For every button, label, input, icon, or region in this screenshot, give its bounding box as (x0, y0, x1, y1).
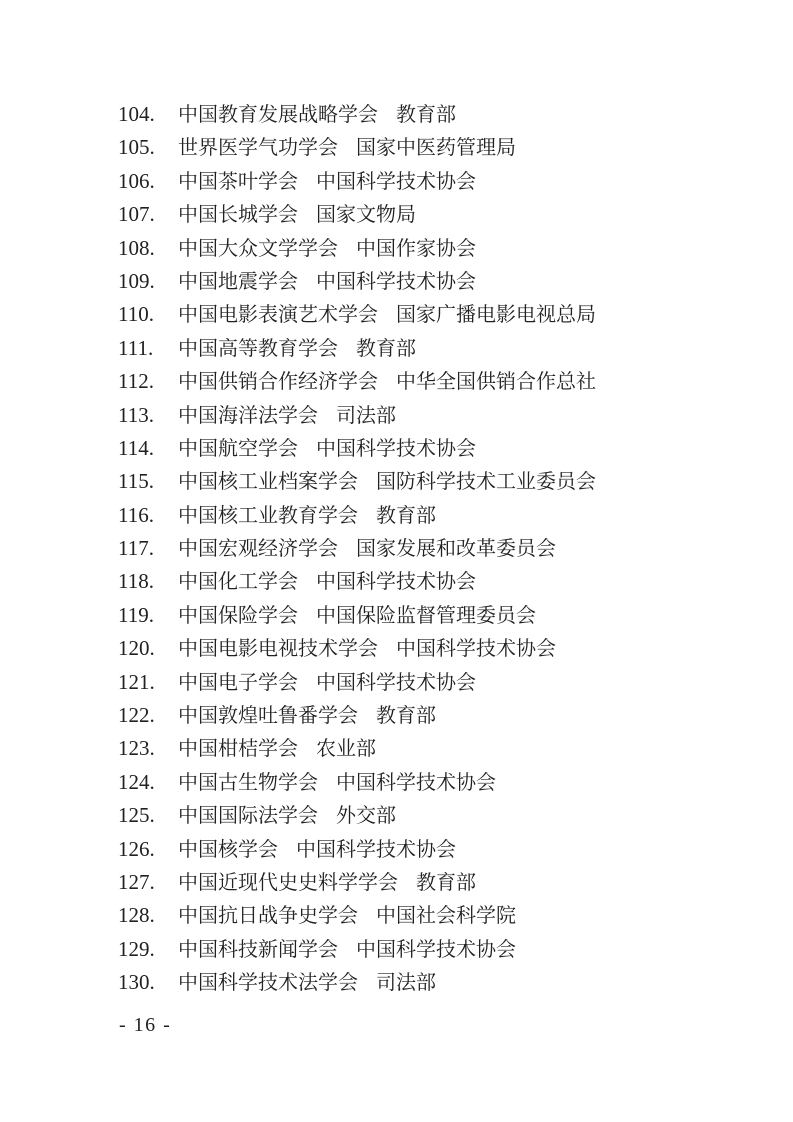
list-item: 115.中国核工业档案学会国防科学技术工业委员会 (118, 465, 596, 498)
supervising-agency: 教育部 (376, 505, 436, 527)
list-item: 107.中国长城学会国家文物局 (118, 198, 596, 231)
society-name: 中国抗日战争史学会 (178, 905, 358, 927)
item-number: 114. (118, 432, 178, 465)
society-name: 中国地震学会 (178, 271, 298, 293)
list-item: 105.世界医学气功学会国家中医药管理局 (118, 131, 596, 164)
society-name: 中国海洋法学会 (178, 405, 318, 427)
list-item: 122.中国敦煌吐鲁番学会教育部 (118, 699, 596, 732)
item-number: 124. (118, 766, 178, 799)
item-number: 122. (118, 699, 178, 732)
supervising-agency: 外交部 (336, 805, 396, 827)
item-number: 106. (118, 165, 178, 198)
list-item: 109.中国地震学会中国科学技术协会 (118, 265, 596, 298)
item-number: 105. (118, 131, 178, 164)
list-item: 106.中国茶叶学会中国科学技术协会 (118, 165, 596, 198)
list-item: 112.中国供销合作经济学会中华全国供销合作总社 (118, 365, 596, 398)
supervising-agency: 中国科学技术协会 (396, 638, 556, 660)
society-name: 中国科学技术法学会 (178, 972, 358, 994)
list-item: 120.中国电影电视技术学会中国科学技术协会 (118, 632, 596, 665)
society-name: 世界医学气功学会 (178, 137, 338, 159)
list-item: 113.中国海洋法学会司法部 (118, 399, 596, 432)
item-number: 109. (118, 265, 178, 298)
item-number: 128. (118, 899, 178, 932)
supervising-agency: 中国科学技术协会 (336, 772, 496, 794)
supervising-agency: 中国科学技术协会 (296, 839, 456, 861)
supervising-agency: 教育部 (416, 872, 476, 894)
society-name: 中国核学会 (178, 839, 278, 861)
supervising-agency: 司法部 (336, 405, 396, 427)
supervising-agency: 农业部 (316, 738, 376, 760)
society-name: 中国科技新闻学会 (178, 939, 338, 961)
supervising-agency: 中国科学技术协会 (316, 438, 476, 460)
society-name: 中国电影电视技术学会 (178, 638, 378, 660)
supervising-agency: 司法部 (376, 972, 436, 994)
list-item: 127.中国近现代史史料学学会教育部 (118, 866, 596, 899)
list-item: 126.中国核学会中国科学技术协会 (118, 833, 596, 866)
supervising-agency: 中国社会科学院 (376, 905, 516, 927)
society-name: 中国国际法学会 (178, 805, 318, 827)
society-name: 中国高等教育学会 (178, 338, 338, 360)
society-name: 中国供销合作经济学会 (178, 371, 378, 393)
item-number: 104. (118, 98, 178, 131)
society-list: 104.中国教育发展战略学会教育部 105.世界医学气功学会国家中医药管理局 1… (118, 98, 596, 1000)
item-number: 111. (118, 332, 178, 365)
list-item: 129.中国科技新闻学会中国科学技术协会 (118, 933, 596, 966)
society-name: 中国电子学会 (178, 672, 298, 694)
list-item: 116.中国核工业教育学会教育部 (118, 499, 596, 532)
item-number: 116. (118, 499, 178, 532)
supervising-agency: 中国科学技术协会 (316, 171, 476, 193)
society-name: 中国教育发展战略学会 (178, 104, 378, 126)
society-name: 中国化工学会 (178, 571, 298, 593)
supervising-agency: 教育部 (396, 104, 456, 126)
supervising-agency: 中国保险监督管理委员会 (316, 605, 536, 627)
list-item: 121.中国电子学会中国科学技术协会 (118, 666, 596, 699)
supervising-agency: 中华全国供销合作总社 (396, 371, 596, 393)
society-name: 中国核工业档案学会 (178, 471, 358, 493)
supervising-agency: 国家文物局 (316, 204, 416, 226)
document-page: 104.中国教育发展战略学会教育部 105.世界医学气功学会国家中医药管理局 1… (0, 0, 793, 1122)
item-number: 119. (118, 599, 178, 632)
list-item: 114.中国航空学会中国科学技术协会 (118, 432, 596, 465)
supervising-agency: 国家广播电影电视总局 (396, 304, 596, 326)
item-number: 129. (118, 933, 178, 966)
item-number: 130. (118, 966, 178, 999)
society-name: 中国宏观经济学会 (178, 538, 338, 560)
list-item: 130.中国科学技术法学会司法部 (118, 966, 596, 999)
item-number: 107. (118, 198, 178, 231)
list-item: 125.中国国际法学会外交部 (118, 799, 596, 832)
society-name: 中国保险学会 (178, 605, 298, 627)
list-item: 111.中国高等教育学会教育部 (118, 332, 596, 365)
list-item: 118.中国化工学会中国科学技术协会 (118, 565, 596, 598)
item-number: 108. (118, 232, 178, 265)
item-number: 126. (118, 833, 178, 866)
item-number: 112. (118, 365, 178, 398)
list-item: 104.中国教育发展战略学会教育部 (118, 98, 596, 131)
supervising-agency: 国防科学技术工业委员会 (376, 471, 596, 493)
list-item: 123.中国柑桔学会农业部 (118, 732, 596, 765)
supervising-agency: 中国科学技术协会 (316, 571, 476, 593)
list-item: 119.中国保险学会中国保险监督管理委员会 (118, 599, 596, 632)
society-name: 中国古生物学会 (178, 772, 318, 794)
page-number: - 16 - (119, 1012, 171, 1038)
supervising-agency: 教育部 (376, 705, 436, 727)
supervising-agency: 中国作家协会 (356, 238, 476, 260)
item-number: 123. (118, 732, 178, 765)
society-name: 中国电影表演艺术学会 (178, 304, 378, 326)
society-name: 中国敦煌吐鲁番学会 (178, 705, 358, 727)
item-number: 120. (118, 632, 178, 665)
supervising-agency: 国家中医药管理局 (356, 137, 516, 159)
supervising-agency: 中国科学技术协会 (316, 271, 476, 293)
item-number: 110. (118, 298, 178, 331)
item-number: 117. (118, 532, 178, 565)
item-number: 118. (118, 565, 178, 598)
society-name: 中国茶叶学会 (178, 171, 298, 193)
society-name: 中国航空学会 (178, 438, 298, 460)
list-item: 128.中国抗日战争史学会中国社会科学院 (118, 899, 596, 932)
item-number: 125. (118, 799, 178, 832)
item-number: 115. (118, 465, 178, 498)
society-name: 中国核工业教育学会 (178, 505, 358, 527)
item-number: 113. (118, 399, 178, 432)
supervising-agency: 国家发展和改革委员会 (356, 538, 556, 560)
list-item: 110.中国电影表演艺术学会国家广播电影电视总局 (118, 298, 596, 331)
list-item: 124.中国古生物学会中国科学技术协会 (118, 766, 596, 799)
society-name: 中国近现代史史料学学会 (178, 872, 398, 894)
society-name: 中国柑桔学会 (178, 738, 298, 760)
supervising-agency: 中国科学技术协会 (356, 939, 516, 961)
society-name: 中国大众文学学会 (178, 238, 338, 260)
supervising-agency: 教育部 (356, 338, 416, 360)
supervising-agency: 中国科学技术协会 (316, 672, 476, 694)
society-name: 中国长城学会 (178, 204, 298, 226)
item-number: 121. (118, 666, 178, 699)
list-item: 117.中国宏观经济学会国家发展和改革委员会 (118, 532, 596, 565)
list-item: 108.中国大众文学学会中国作家协会 (118, 232, 596, 265)
item-number: 127. (118, 866, 178, 899)
